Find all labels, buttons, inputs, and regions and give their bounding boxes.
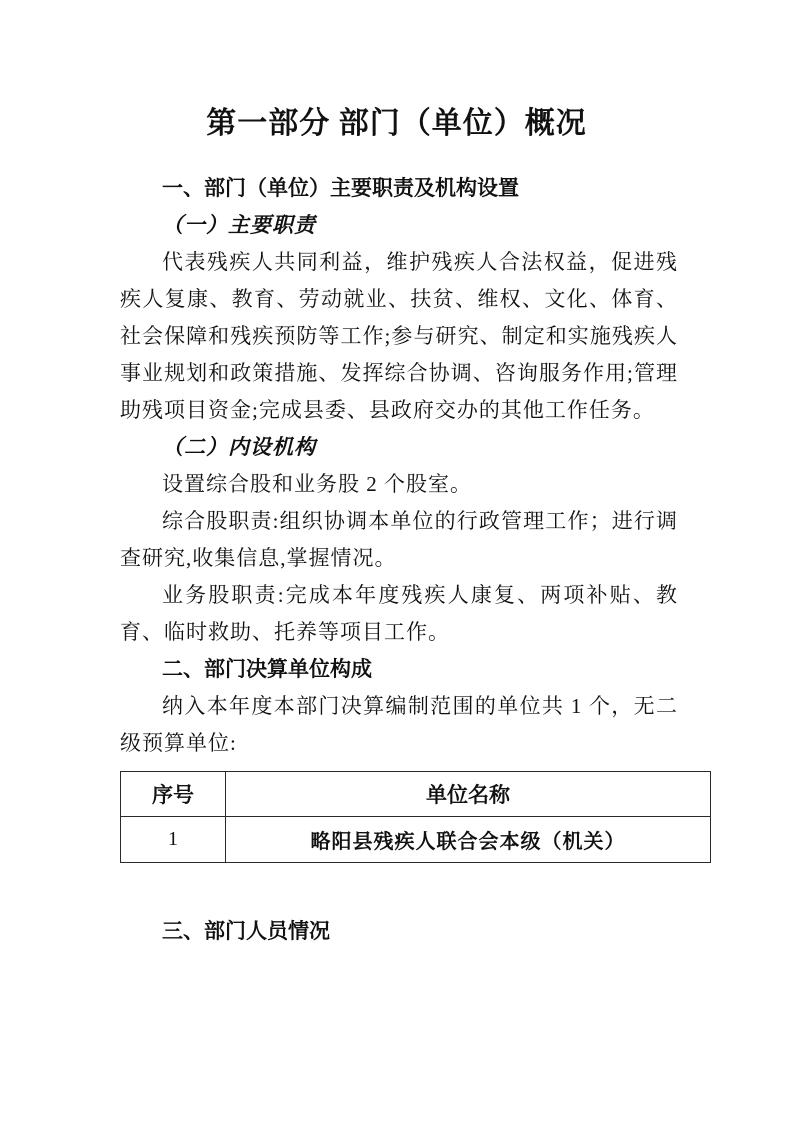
table-header-index: 序号 [121,772,226,817]
table-header-unit-name: 单位名称 [226,772,711,817]
cell-index: 1 [121,817,226,863]
section-heading-duties-and-structure: 一、部门（单位）主要职责及机构设置 [120,170,678,207]
subsection-heading-internal-structure: （二）内设机构 [120,429,678,466]
section-heading-personnel: 三、部门人员情况 [120,913,678,950]
section-heading-unit-composition: 二、部门决算单位构成 [120,651,678,688]
document-content: 一、部门（单位）主要职责及机构设置 （一）主要职责 代表残疾人共同利益，维护残疾… [120,170,678,950]
table-row: 1 略阳县残疾人联合会本级（机关） [121,817,711,863]
internal-structure-paragraph-3: 业务股职责:完成本年度残疾人康复、两项补贴、教育、临时救助、托养等项目工作。 [120,577,678,651]
cell-unit-name: 略阳县残疾人联合会本级（机关） [226,817,711,863]
budget-units-table: 序号 单位名称 1 略阳县残疾人联合会本级（机关） [120,771,711,863]
subsection-heading-main-duties: （一）主要职责 [120,207,678,244]
unit-composition-paragraph: 纳入本年度本部门决算编制范围的单位共 1 个，无二级预算单位: [120,688,678,762]
table-header-row: 序号 单位名称 [121,772,711,817]
main-duties-paragraph: 代表残疾人共同利益，维护残疾人合法权益，促进残疾人复康、教育、劳动就业、扶贫、维… [120,244,678,429]
page-title: 第一部分 部门（单位）概况 [0,102,793,146]
document-page: 第一部分 部门（单位）概况 一、部门（单位）主要职责及机构设置 （一）主要职责 … [0,0,793,1122]
internal-structure-paragraph-2: 综合股职责:组织协调本单位的行政管理工作；进行调查研究,收集信息,掌握情况。 [120,503,678,577]
internal-structure-paragraph-1: 设置综合股和业务股 2 个股室。 [120,466,678,503]
